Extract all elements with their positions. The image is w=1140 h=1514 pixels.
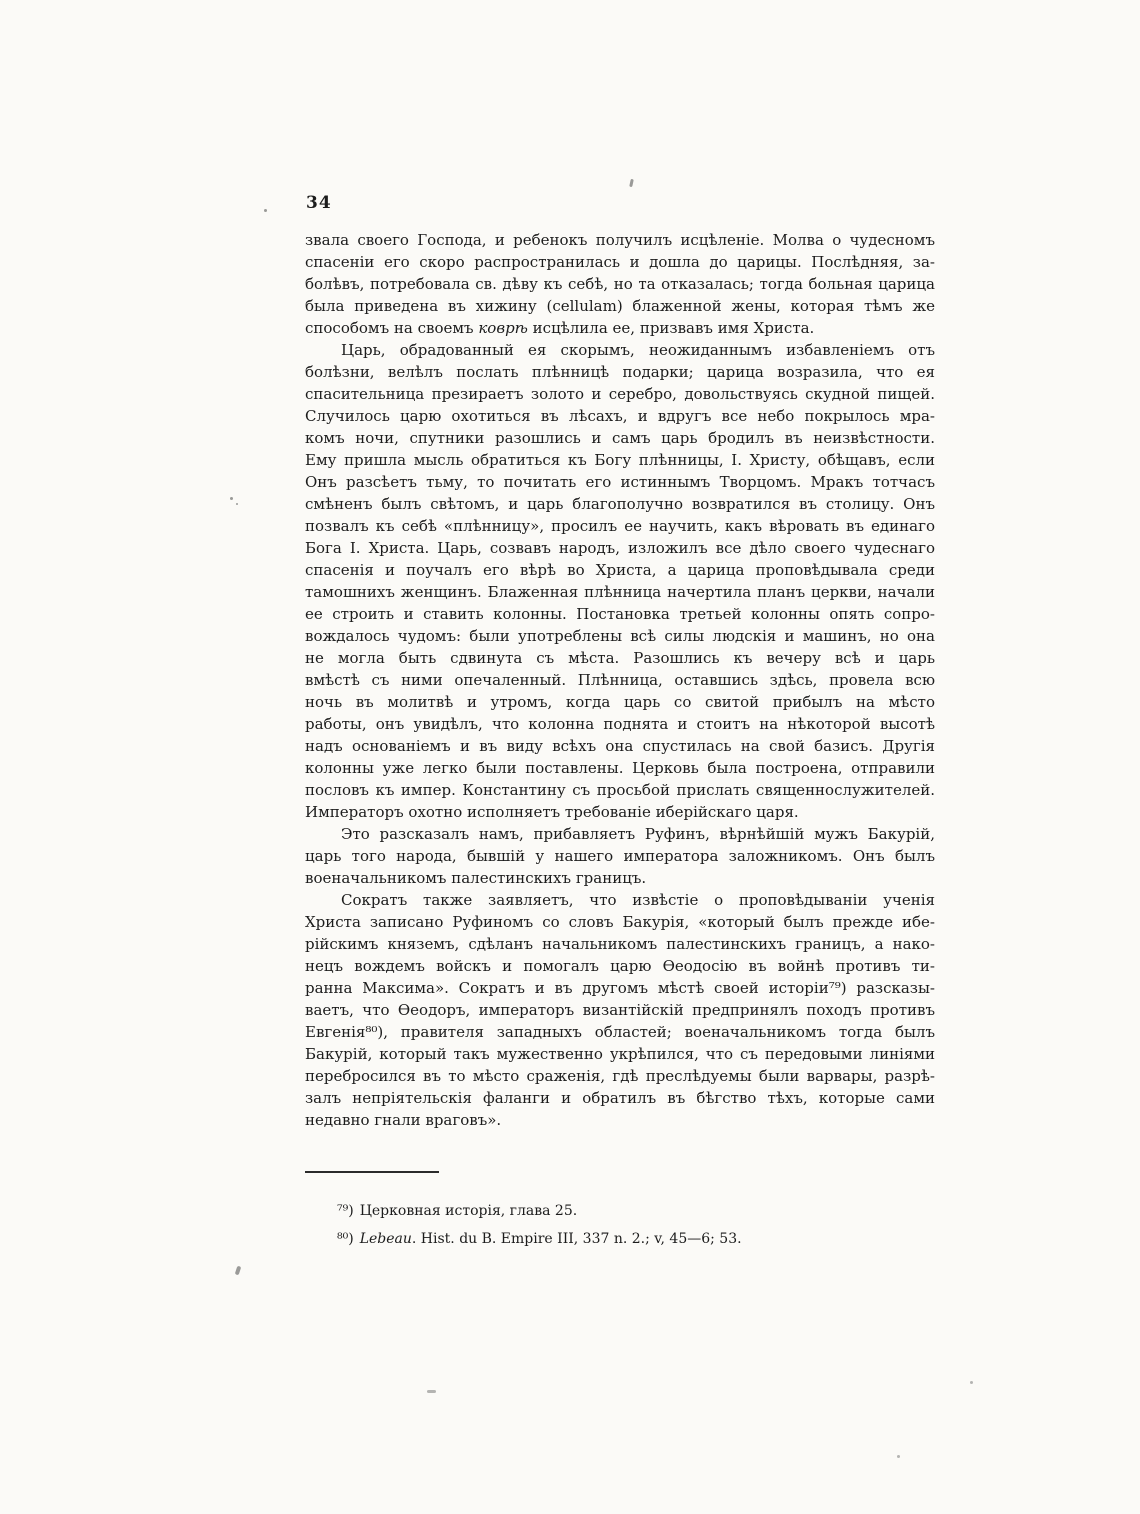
- scan-speck: [970, 1381, 973, 1384]
- italic-word: коврѣ: [478, 319, 528, 337]
- footnotes: ⁷⁹)Церковная исторія, глава 25. ⁸⁰)Lebea…: [305, 1197, 935, 1253]
- scan-speck: [264, 209, 267, 212]
- text-line: ночь въ молитвѣ и утромъ, когда царь со …: [305, 691, 935, 713]
- body-text: звала своего Господа, и ребенокъ получил…: [305, 229, 935, 1131]
- book-page: 34 звала своего Господа, и ребенокъ полу…: [0, 0, 1140, 1514]
- text-line: вмѣстѣ съ ними опечаленный. Плѣнница, ос…: [305, 669, 935, 691]
- footnote-text: . Hist. du B. Empire III, 337 n. 2.; v, …: [412, 1231, 742, 1247]
- text-line: болѣвъ, потребовала св. дѣву къ себѣ, но…: [305, 273, 935, 295]
- scan-speck: [230, 497, 233, 500]
- text-line: колонны уже легко были поставлены. Церко…: [305, 757, 935, 779]
- page-number: 34: [306, 193, 332, 213]
- text-line: Бакурій, который такъ мужественно укрѣпи…: [305, 1043, 935, 1065]
- text-line: была приведена въ хижину (cellulam) блаж…: [305, 295, 935, 317]
- footnote-text: Церковная исторія, глава 25.: [360, 1203, 578, 1219]
- text-line: пословъ къ импер. Константину съ просьбо…: [305, 779, 935, 801]
- text-line: способомъ на своемъ коврѣ исцѣлила ее, п…: [305, 317, 935, 339]
- scan-speck: [427, 1390, 436, 1393]
- text-line: смѣненъ былъ свѣтомъ, и царь благополучн…: [305, 493, 935, 515]
- paragraph-sokrat: Сократъ также заявляетъ, что извѣстіе о …: [305, 889, 935, 1131]
- footnote-marker: ⁸⁰): [337, 1231, 354, 1247]
- text-line: нецъ вождемъ войскъ и помогалъ царю Ѳеод…: [305, 955, 935, 977]
- text-line: залъ непріятельскія фаланги и обратилъ в…: [305, 1087, 935, 1109]
- text-line: недавно гнали враговъ».: [305, 1109, 935, 1131]
- footnote-marker: ⁷⁹): [337, 1203, 354, 1219]
- text-line: спасительница презираетъ золото и серебр…: [305, 383, 935, 405]
- text-line: болѣзни, велѣлъ послать плѣнницѣ подарки…: [305, 361, 935, 383]
- paragraph-tsar-healing: Царь, обрадованный ея скорымъ, неожиданн…: [305, 339, 935, 823]
- text-line: ранна Максима». Сократъ и въ другомъ мѣс…: [305, 977, 935, 999]
- text-line: рійскимъ княземъ, сдѣланъ начальникомъ п…: [305, 933, 935, 955]
- footnote-author: Lebeau: [360, 1231, 412, 1247]
- text-line: Ему пришла мысль обратиться къ Богу плѣн…: [305, 449, 935, 471]
- text-line: Случилось царю охотиться въ лѣсахъ, и вд…: [305, 405, 935, 427]
- text-line: ее строить и ставить колонны. Постановка…: [305, 603, 935, 625]
- text-line: царь того народа, бывшій у нашего импера…: [305, 845, 935, 867]
- text-line: ваетъ, что Ѳеодоръ, императоръ византійс…: [305, 999, 935, 1021]
- paragraph-rufin-bakuriy: Это разсказалъ намъ, прибавляетъ Руфинъ,…: [305, 823, 935, 889]
- footnote-79: ⁷⁹)Церковная исторія, глава 25.: [305, 1197, 935, 1225]
- text-line: спасенія и поучалъ его вѣрѣ во Христа, а…: [305, 559, 935, 581]
- scan-speck: [629, 179, 634, 187]
- text-line: тамошнихъ женщинъ. Блаженная плѣнница на…: [305, 581, 935, 603]
- text-line: звала своего Господа, и ребенокъ получил…: [305, 229, 935, 251]
- text-line: Сократъ также заявляетъ, что извѣстіе о …: [305, 889, 935, 911]
- text-line: перебросился въ то мѣсто сраженія, гдѣ п…: [305, 1065, 935, 1087]
- paragraph-continuation: звала своего Господа, и ребенокъ получил…: [305, 229, 935, 339]
- footnote-80: ⁸⁰)Lebeau. Hist. du B. Empire III, 337 n…: [305, 1225, 935, 1253]
- text-run: исцѣлила ее, призвавъ имя Христа.: [528, 319, 814, 337]
- text-line: вождалось чудомъ: были употреблены всѣ с…: [305, 625, 935, 647]
- text-line: Императоръ охотно исполняетъ требованіе …: [305, 801, 935, 823]
- text-line: Это разсказалъ намъ, прибавляетъ Руфинъ,…: [305, 823, 935, 845]
- text-line: Бога І. Христа. Царь, созвавъ народъ, из…: [305, 537, 935, 559]
- text-line: не могла быть сдвинута съ мѣста. Разошли…: [305, 647, 935, 669]
- scan-speck: [236, 503, 238, 505]
- scan-speck: [235, 1266, 242, 1276]
- text-line: комъ ночи, спутники разошлись и самъ цар…: [305, 427, 935, 449]
- footnote-separator: [305, 1171, 439, 1173]
- text-line: Онъ разсѣетъ тьму, то почитать его истин…: [305, 471, 935, 493]
- text-run: способомъ на своемъ: [305, 319, 478, 337]
- text-line: работы, онъ увидѣлъ, что колонна поднята…: [305, 713, 935, 735]
- text-line: надъ основаніемъ и въ виду всѣхъ она спу…: [305, 735, 935, 757]
- text-line: Христа записано Руфиномъ со словъ Бакурі…: [305, 911, 935, 933]
- text-line: спасеніи его скоро распространилась и до…: [305, 251, 935, 273]
- text-line: военачальникомъ палестинскихъ границъ.: [305, 867, 935, 889]
- text-line: позвалъ къ себѣ «плѣнницу», просилъ ее н…: [305, 515, 935, 537]
- scan-speck: [897, 1455, 900, 1458]
- text-line: Евгенія⁸⁰), правителя западныхъ областей…: [305, 1021, 935, 1043]
- text-line: Царь, обрадованный ея скорымъ, неожиданн…: [305, 339, 935, 361]
